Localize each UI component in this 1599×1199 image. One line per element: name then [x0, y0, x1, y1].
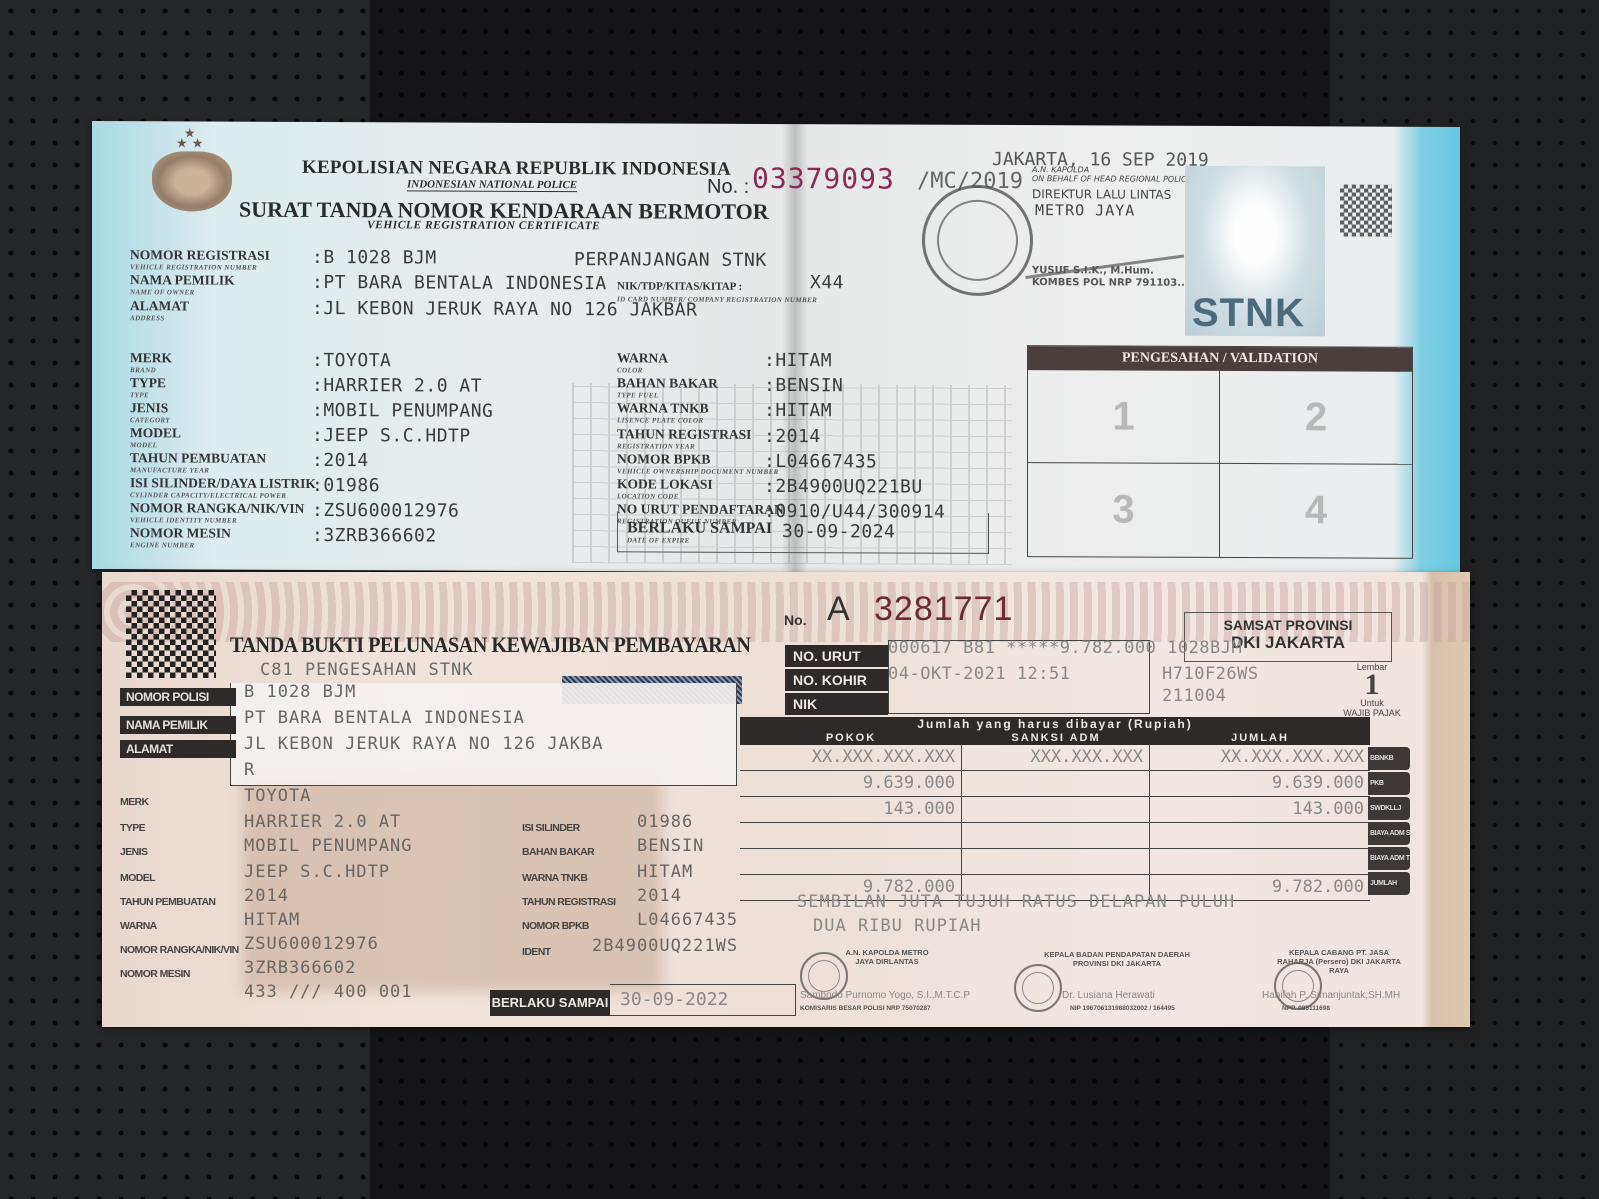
pokok-cell: 9.639.000: [740, 771, 962, 796]
field-label: ISI SILINDER: [522, 822, 580, 834]
payment-columns: POKOK SANKSI ADM JUMLAH: [740, 732, 1370, 745]
field-value: 2014: [244, 886, 289, 906]
payment-row-tag: BIAYA ADM STNK: [1368, 822, 1410, 845]
field-value: ZSU600012976: [244, 934, 379, 954]
expire-label: BERLAKU SAMPAIDATE OF EXPIRE: [627, 521, 772, 548]
payment-row-tag: BBNKB: [1368, 747, 1410, 770]
field-label: NOMOR REGISTRASIVEHICLE REGISTRATION NUM…: [130, 248, 270, 275]
pokok-cell: 143.000: [740, 797, 962, 822]
plate-number: B 1028 BJM: [244, 682, 356, 702]
dki-seal-icon: [1014, 964, 1062, 1012]
field-value: :2B4900UQ221BU: [764, 476, 923, 498]
field-label: IDENT: [522, 946, 551, 958]
field-label: NOMOR BPKB: [522, 920, 589, 932]
payment-row-tags: BBNKBPKBSWDKLLJBIAYA ADM STNKBIAYA ADM T…: [1368, 747, 1410, 897]
field-label: KODE LOKASILOCATION CODE: [617, 477, 713, 503]
label-nomor-polisi: NOMOR POLISI: [120, 688, 236, 706]
signatory-1-name: Sambodo Purnomo Yogo, S.I.,M.T.C.P: [800, 990, 970, 1001]
field-value: :B 1028 BJM: [312, 247, 437, 269]
signatory-2-sub: NIP 196706131988032002 / 164495: [1070, 1005, 1175, 1012]
id-label: NIK/TDP/KITAS/KITAP :ID CARD NUMBER/ COM…: [617, 280, 817, 307]
signatory-3-head: KEPALA CABANG PT. JASA RAHARJA (Persero)…: [1274, 948, 1404, 975]
field-value: :3ZRB366602: [312, 525, 437, 547]
payment-row-tag: PKB: [1368, 772, 1410, 795]
field-value-text: ZSU600012976: [323, 500, 459, 522]
field-value-text: 3ZRB366602: [323, 525, 436, 546]
field-value-text: L04667435: [775, 451, 877, 472]
signatory-2-name: Dr. Lusiana Herawati: [1062, 990, 1155, 1001]
field-value: 01986: [637, 812, 693, 832]
field-value: :HITAM: [764, 350, 832, 371]
payment-row-tag: BIAYA ADM TNKB: [1368, 847, 1410, 870]
field-value-text: 2B4900UQ221BU: [775, 476, 922, 498]
payment-row-tag: SWDKLLJ: [1368, 797, 1410, 820]
field-label-text: MODEL: [130, 425, 181, 440]
receipt-line-1: 000617 B81 *****9.782.000 1028BJM: [888, 638, 1242, 658]
payment-header: Jumlah yang harus dibayar (Rupiah): [740, 717, 1370, 732]
field-value-text: HITAM: [775, 400, 832, 421]
receipt-number: 3281771: [874, 590, 1013, 629]
sanksi-cell: XXX.XXX.XXX: [962, 745, 1150, 770]
field-label-en: ADDRESS: [130, 312, 189, 325]
field-value: :HARRIER 2.0 AT: [312, 375, 482, 397]
signatory-1-head: A.N. KAPOLDA METRO JAYA DIRLANTAS: [837, 948, 937, 966]
field-label-text: ALAMAT: [130, 298, 189, 313]
field-value: :BENSIN: [764, 375, 843, 396]
sanksi-cell: [962, 771, 1150, 796]
field-label: MERKBRAND: [130, 351, 172, 377]
jumlah-cell: 9.639.000: [1150, 771, 1370, 796]
receipt-line-2: 04-OKT-2021 12:51: [888, 664, 1071, 684]
signer-name: YUSUF S.I.K., M.Hum.KOMBES POL NRP 79110…: [1032, 265, 1185, 290]
label-nama-pemilik: NAMA PEMILIK: [120, 716, 236, 734]
receipt-code: H710F26WS: [1162, 664, 1259, 684]
validation-box: PENGESAHAN / VALIDATION 1 2 3 4: [1027, 345, 1413, 559]
field-value: :2014: [312, 450, 369, 471]
field-label: ALAMATADDRESS: [130, 299, 189, 325]
owner-address: JL KEBON JERUK RAYA NO 126 JAKBA: [244, 734, 604, 754]
payment-row: [740, 849, 1370, 875]
purpose: PERPANJANGAN STNK: [574, 249, 767, 271]
id-value: X44: [810, 272, 844, 293]
field-label: JENIS: [120, 846, 147, 858]
field-value: :HITAM: [764, 400, 832, 421]
expire-label: BERLAKU SAMPAI: [490, 990, 610, 1016]
field-value: HARRIER 2.0 AT: [244, 812, 401, 832]
expire-date: 30-09-2022: [610, 984, 796, 1016]
extra-code: 433 /// 400 001: [244, 982, 413, 1002]
label-nik: NIK: [785, 693, 888, 715]
field-value: L04667435: [637, 910, 738, 930]
hologram-text: STNK: [1192, 291, 1305, 336]
field-label: NOMOR MESINENGINE NUMBER: [130, 526, 231, 552]
field-value: HITAM: [244, 910, 300, 930]
document-title-en: VEHICLE REGISTRATION CERTIFICATE: [367, 219, 600, 232]
field-value: :01986: [312, 475, 380, 496]
payment-table: Jumlah yang harus dibayar (Rupiah) POKOK…: [740, 717, 1370, 901]
pokok-cell: [740, 823, 962, 848]
field-value: :ZSU600012976: [312, 500, 459, 522]
field-label: BAHAN BAKARTYPE FUEL: [617, 376, 718, 402]
official-stamp-icon: [922, 185, 1033, 296]
amount-in-words: SEMBILAN JUTA TUJUH RATUS DELAPAN PULUH …: [797, 890, 1235, 938]
field-value: 2014: [637, 886, 682, 906]
validation-cell-3: 3: [1028, 463, 1220, 557]
field-label: NOMOR RANGKA/NIK/VINVEHICLE IDENTITY NUM…: [130, 501, 304, 528]
jumlah-cell: [1150, 849, 1370, 874]
field-label-text: JENIS: [130, 400, 168, 415]
signatory-1-sub: KOMISARIS BESAR POLISI NRP 75070287: [800, 1005, 931, 1012]
stars-icon: ★★ ★: [176, 129, 203, 149]
field-value: HITAM: [637, 862, 693, 882]
field-label: WARNA: [120, 920, 157, 932]
field-value: :MOBIL PENUMPANG: [312, 400, 493, 422]
signer-title: DIREKTUR LALU LINTAS: [1032, 187, 1171, 202]
field-value: :2014: [764, 426, 821, 447]
field-label: NAMA PEMILIKNAME OF OWNER: [130, 273, 235, 299]
payment-row: [740, 823, 1370, 849]
qr-code-icon: [126, 590, 216, 678]
field-value: JEEP S.C.HDTP: [244, 862, 390, 882]
field-label: JENISCATEGORY: [130, 401, 170, 427]
receipt-number-label: No.: [784, 612, 807, 628]
field-value: 3ZRB366602: [244, 958, 356, 978]
field-value-text: B 1028 BJM: [323, 247, 436, 268]
field-label: WARNACOLOR: [617, 351, 668, 377]
field-label: TAHUN PEMBUATAN: [120, 896, 215, 908]
signatory-3-sub: NPP. 085111698: [1282, 1005, 1330, 1012]
field-label: NOMOR RANGKA/NIK/VIN: [120, 944, 239, 956]
field-value: 2B4900UQ221WS: [592, 936, 738, 956]
field-label: TAHUN REGISTRASI: [522, 896, 615, 908]
qr-code-icon: [1340, 184, 1392, 236]
owner-address-cont: R: [244, 760, 255, 780]
field-label: MODELMODEL: [130, 426, 181, 452]
field-label: NOMOR BPKBVEHICLE OWNERSHIP DOCUMENT NUM…: [617, 452, 779, 479]
receipt-date-code: 211004: [1162, 686, 1226, 706]
payment-row-tag: JUMLAH: [1368, 872, 1410, 895]
signatory-2-head: KEPALA BADAN PENDAPATAN DAERAH PROVINSI …: [1037, 950, 1197, 968]
payment-row: XX.XXX.XXX.XXXXXX.XXX.XXXXX.XXX.XXX.XXX: [740, 745, 1370, 771]
field-value: TOYOTA: [244, 786, 311, 806]
field-label-en: ENGINE NUMBER: [130, 539, 231, 552]
sheet-indicator: Lembar 1 Untuk WAJIB PAJAK: [1337, 662, 1407, 718]
field-label: NOMOR MESIN: [120, 968, 190, 980]
field-value: MOBIL PENUMPANG: [244, 836, 413, 856]
label-alamat: ALAMAT: [120, 740, 236, 758]
field-label: MERK: [120, 796, 149, 808]
jumlah-cell: [1150, 823, 1370, 848]
certificate-number-label: No. :: [707, 176, 749, 199]
field-label: BAHAN BAKAR: [522, 846, 594, 858]
validation-cell-4: 4: [1220, 464, 1412, 558]
field-value-text: BENSIN: [775, 375, 843, 396]
field-label: TYPE: [120, 822, 145, 834]
police-emblem-icon: [152, 151, 232, 211]
receipt-title: TANDA BUKTI PELUNASAN KEWAJIBAN PEMBAYAR…: [230, 632, 750, 658]
field-value-text: 2014: [775, 426, 820, 447]
field-value: :L04667435: [764, 451, 877, 472]
field-value-text: HITAM: [775, 350, 832, 371]
field-label: ISI SILINDER/DAYA LISTRIKCYLINDER CAPACI…: [130, 476, 316, 503]
signer-unit: METRO JAYA: [1035, 201, 1135, 219]
field-label: TAHUN PEMBUATANMANUFACTURE YEAR: [130, 451, 266, 478]
field-value-text: HARRIER 2.0 AT: [323, 375, 482, 397]
agency-name: KEPOLISIAN NEGARA REPUBLIK INDONESIA: [302, 157, 731, 181]
expire-date: 30-09-2024: [782, 521, 895, 542]
field-value-text: 01986: [323, 475, 380, 496]
sanksi-cell: [962, 823, 1150, 848]
field-value: BENSIN: [637, 836, 704, 856]
tax-payment-receipt: TANDA BUKTI PELUNASAN KEWAJIBAN PEMBAYAR…: [102, 572, 1470, 1027]
field-label: TAHUN REGISTRASIREGISTRATION YEAR: [617, 427, 751, 454]
field-label: WARNA TNKB: [522, 872, 587, 884]
stnk-certificate: ★★ ★ KEPOLISIAN NEGARA REPUBLIK INDONESI…: [92, 121, 1460, 575]
payment-row: 9.639.0009.639.000: [740, 771, 1370, 797]
jumlah-cell: XX.XXX.XXX.XXX: [1150, 745, 1370, 770]
field-label-text: WARNA: [617, 350, 668, 365]
field-label: TYPETYPE: [130, 376, 166, 402]
owner-name: PT BARA BENTALA INDONESIA: [244, 708, 525, 728]
field-value-text: TOYOTA: [323, 350, 391, 371]
field-label: MODEL: [120, 872, 155, 884]
field-value: :JEEP S.C.HDTP: [312, 425, 471, 447]
signatory-3-name: Hanifah P. Simanjuntak,SH.MH: [1262, 990, 1400, 1001]
label-no-kohir: NO. KOHIR: [785, 669, 888, 691]
pokok-cell: [740, 849, 962, 874]
field-value: :TOYOTA: [312, 350, 391, 371]
field-value-text: JEEP S.C.HDTP: [323, 425, 470, 447]
field-label-text: MERK: [130, 350, 172, 365]
sanksi-cell: [962, 849, 1150, 874]
field-value: :PT BARA BENTALA INDONESIA: [312, 272, 607, 294]
sanksi-cell: [962, 797, 1150, 822]
pokok-cell: XX.XXX.XXX.XXX: [740, 745, 962, 770]
field-label: WARNA TNKBLISENCE PLATE COLOR: [617, 401, 709, 427]
agency-name-en: INDONESIAN NATIONAL POLICE: [407, 178, 577, 192]
receipt-subtitle: C81 PENGESAHAN STNK: [260, 660, 473, 680]
field-value-text: 2014: [323, 450, 368, 471]
payment-row: 143.000143.000: [740, 797, 1370, 823]
validation-title: PENGESAHAN / VALIDATION: [1028, 346, 1412, 372]
validation-cell-1: 1: [1028, 370, 1220, 464]
jumlah-cell: 143.000: [1150, 797, 1370, 822]
validation-cell-2: 2: [1220, 371, 1412, 465]
field-label-text: TYPE: [130, 375, 166, 390]
field-value-text: PT BARA BENTALA INDONESIA: [323, 272, 606, 294]
certificate-number: 03379093: [752, 162, 895, 196]
receipt-series: A: [827, 590, 850, 629]
label-no-urut: NO. URUT: [785, 645, 888, 667]
field-value-text: MOBIL PENUMPANG: [323, 400, 493, 422]
signer-head: A.N. KAPOLDAON BEHALF OF HEAD REGIONAL P…: [1032, 165, 1192, 184]
